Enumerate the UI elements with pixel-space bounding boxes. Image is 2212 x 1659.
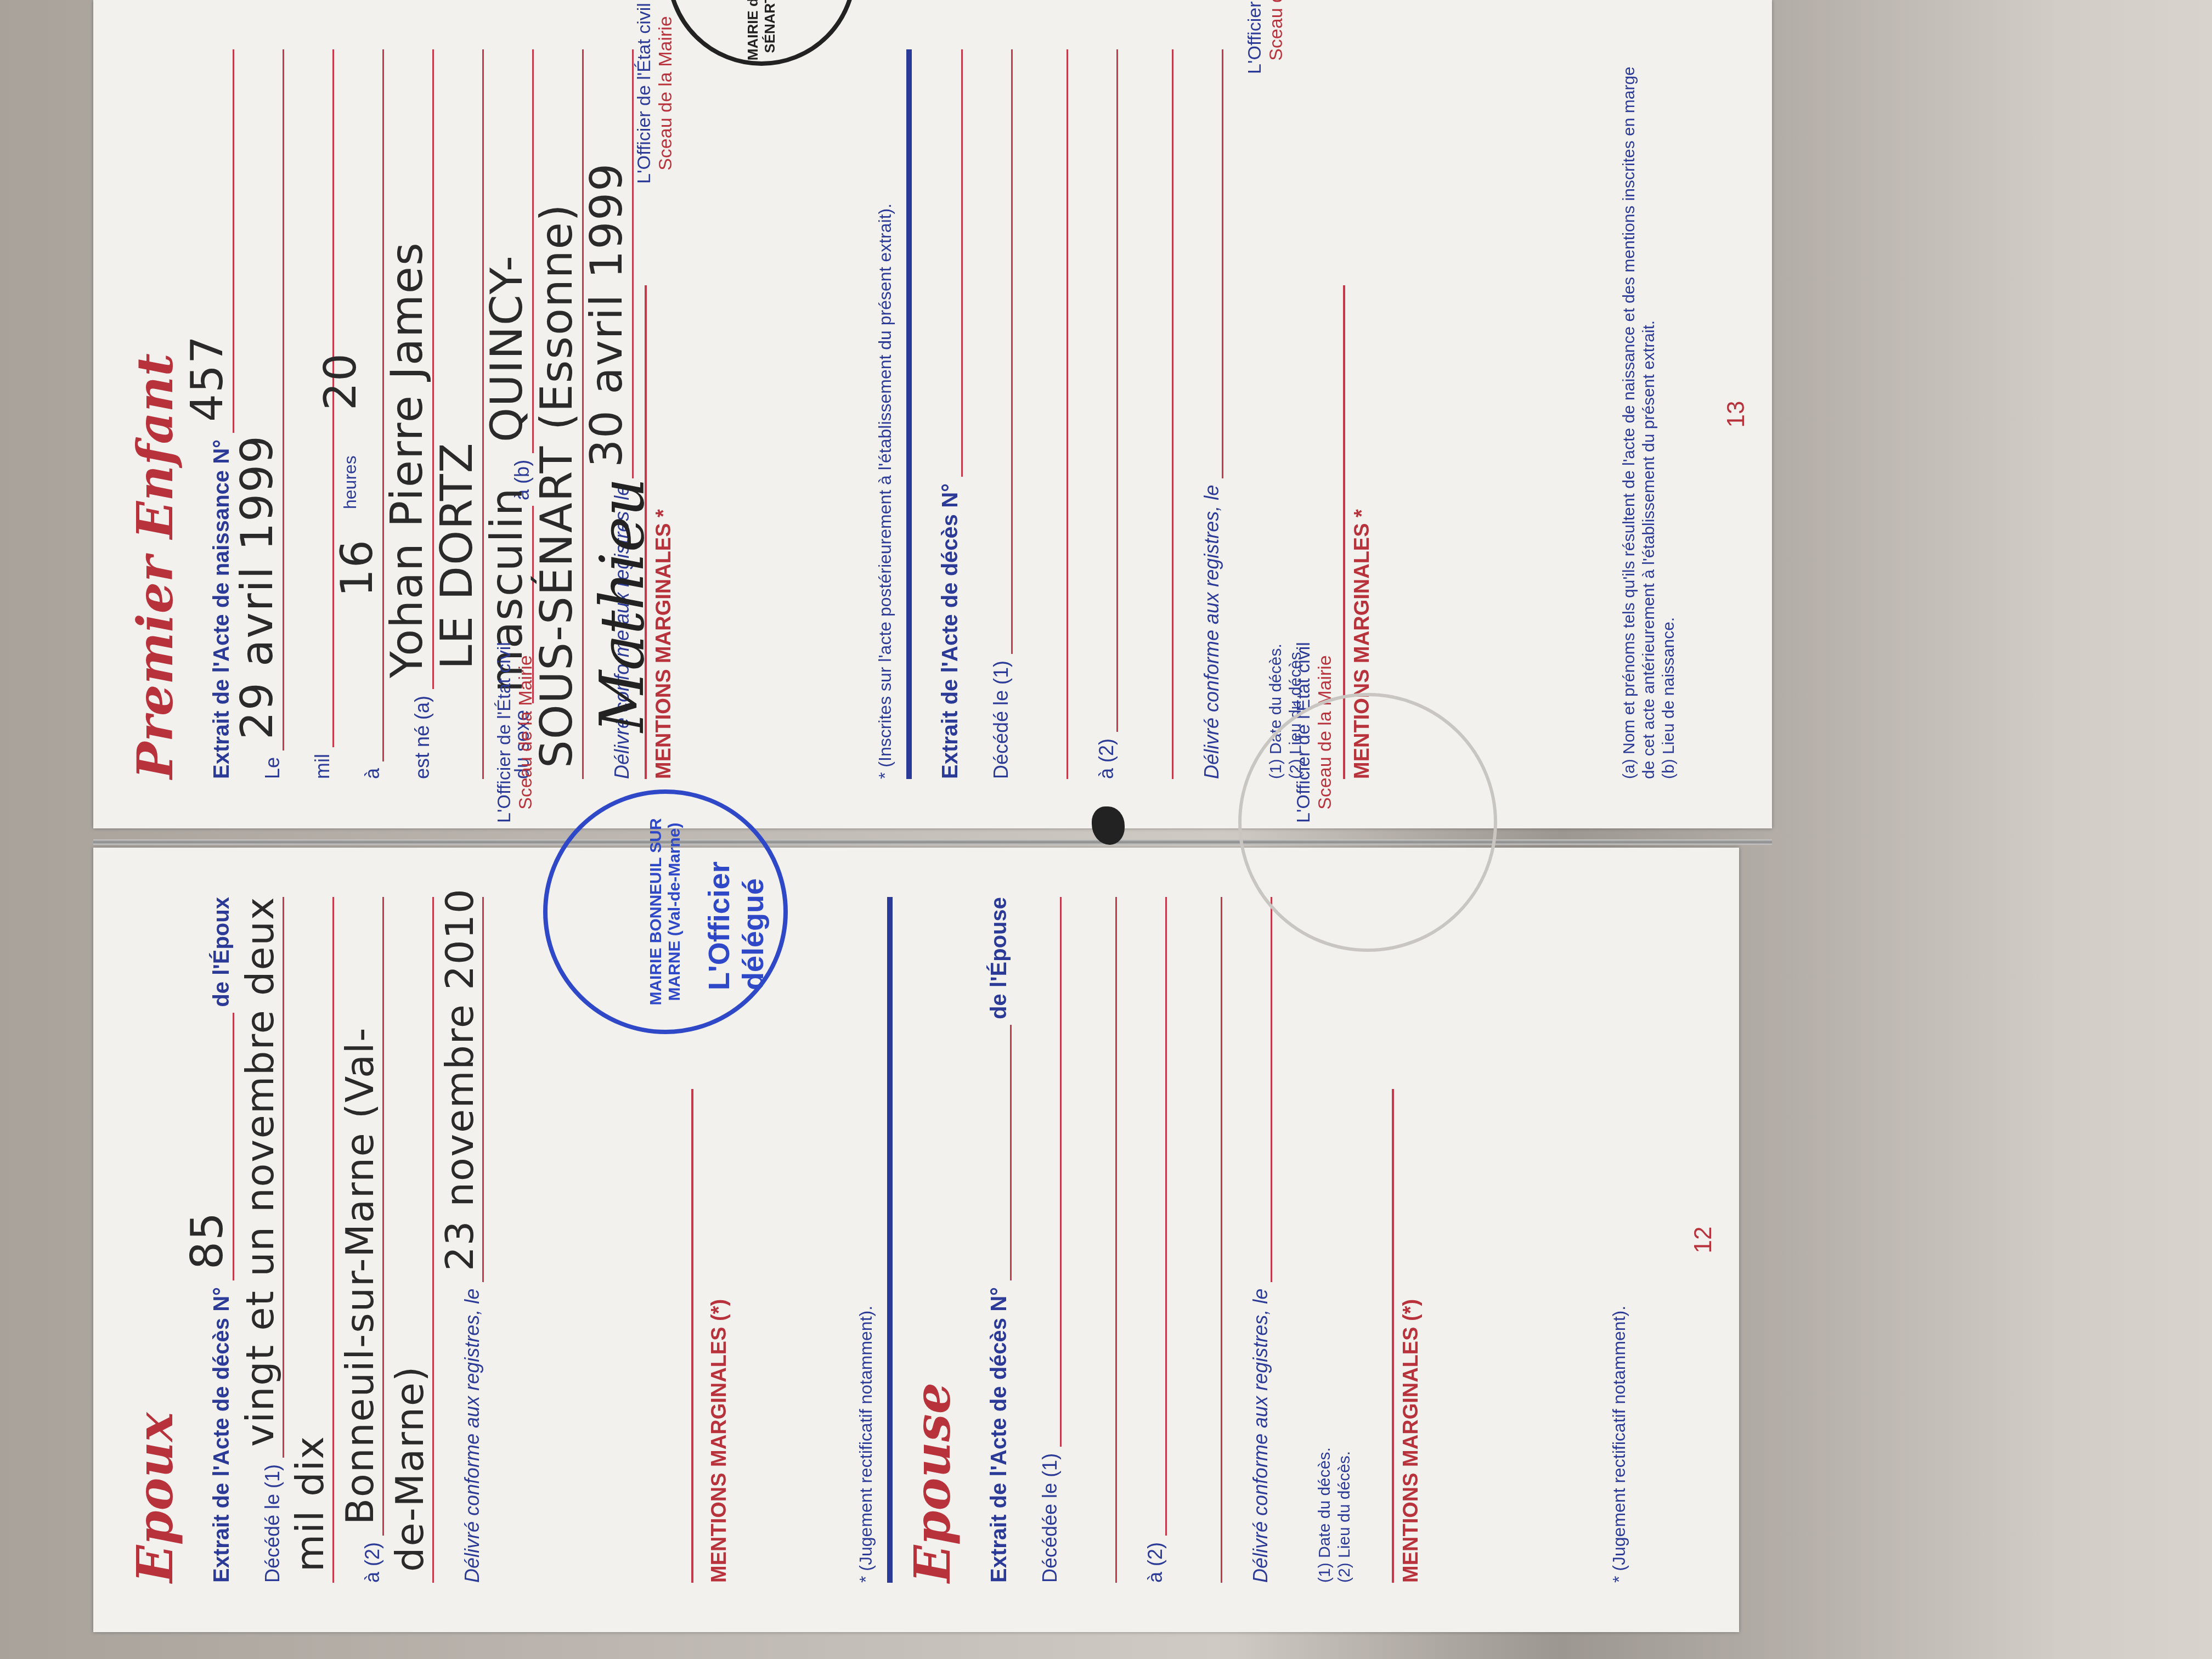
family-booklet: Premier Enfant Extrait de l'Acte de nais… xyxy=(93,0,1772,1646)
death-place-label: à (2) xyxy=(1095,738,1118,779)
birth-minutes: 20 xyxy=(315,352,366,410)
epoux-mentions-label: MENTIONS MARGINALES (*) xyxy=(708,1299,731,1583)
death-officer-label: L'Officier de l'État civil xyxy=(1244,0,1266,121)
mil-label: mil xyxy=(311,754,334,779)
page-number: 13 xyxy=(1723,0,1750,828)
delivre-date: 30 avril 1999 xyxy=(581,162,632,467)
death-extract-heading: Extrait de l'Acte de décès N° xyxy=(938,483,963,779)
epouse-heading: Extrait de l'Acte de décès N° xyxy=(987,1287,1012,1583)
officer-label: L'Officier de l'État civil xyxy=(634,0,655,230)
epouse-decede-label: Décédée le (1) xyxy=(1039,1453,1062,1583)
heures-label: heures xyxy=(340,455,360,509)
death-delivre-label: Délivré conforme aux registres, le xyxy=(1200,485,1223,779)
birth-act-number: 457 xyxy=(182,335,233,422)
asterisk-note: * (Inscrites sur l'acte postérieurement … xyxy=(875,49,895,779)
section-title-epouse: Epouse xyxy=(904,897,962,1583)
death-seal-label: Sceau de la Mairie xyxy=(1266,0,1287,121)
epoux-delivre-label: Délivré conforme aux registres, le xyxy=(461,1289,484,1583)
epoux-officer-label: L'Officier de l'État civil xyxy=(494,595,515,870)
birth-extract-heading: Extrait de l'Acte de naissance N° xyxy=(210,439,234,779)
epoux-death-place-2: de-Marne) xyxy=(387,1365,432,1572)
death-mentions-label: MENTIONS MARGINALES * xyxy=(1351,49,1374,779)
epoux-heading-suffix: de l'Époux xyxy=(210,897,234,1007)
birth-hours: 16 xyxy=(331,539,382,597)
child-surname: LE DORTZ xyxy=(431,442,482,669)
epoux-death-place-1: Bonneuil-sur-Marne (Val- xyxy=(337,1027,382,1525)
epouse-asterisk-note: * (Jugement rectificatif notamment). xyxy=(1609,1306,1629,1583)
epoux-act-number: 85 xyxy=(182,1211,233,1269)
decede-label: Décédé le (1) xyxy=(990,661,1013,779)
epoux-delivre-date: 23 novembre 2010 xyxy=(437,888,482,1271)
a-label: à xyxy=(361,768,384,779)
epouse-delivre-label: Délivré conforme aux registres, le xyxy=(1249,1289,1272,1583)
epoux-death-date-2: mil dix xyxy=(287,1435,332,1572)
birth-place-2: SOUS-SÉNART (Essonne) xyxy=(531,203,582,768)
seal-label: Sceau de la Mairie xyxy=(655,0,676,230)
quincy-town-hall-stamp: MAIRIE de QUINCY-SOUS-SÉNART ✦ ESSONNE ✦ xyxy=(667,0,856,66)
epoux-place-label: à (2) xyxy=(361,1542,384,1583)
epouse-mentions-label: MENTIONS MARGINALES (*) xyxy=(1400,897,1423,1583)
epouse-footnote-date: (1) Date du décès. xyxy=(1315,1447,1335,1583)
epoux-decede-label: Décédé le (1) xyxy=(261,1464,284,1583)
page-12: Epoux Extrait de l'Acte de décès N° 85 d… xyxy=(93,848,1739,1632)
epouse-place-label: à (2) xyxy=(1144,1542,1167,1583)
section-title-premier-enfant: Premier Enfant xyxy=(126,49,184,779)
epoux-asterisk-note: * (Jugement rectificatif notamment). xyxy=(856,897,876,1583)
booklet-fold xyxy=(93,839,1772,845)
est-ne-label: est né (a) xyxy=(411,696,434,779)
section-title-epoux: Epoux xyxy=(126,897,184,1583)
epoux-seal-label: Sceau de la Mairie xyxy=(515,595,537,870)
epouse-footnote-place: (2) Lieu du décès. xyxy=(1335,1447,1355,1583)
epoux-death-date-1: vingt et un novembre deux xyxy=(238,896,283,1447)
birth-place-1: QUINCY- xyxy=(481,255,532,442)
faded-stamp-bleed-through xyxy=(1238,693,1497,952)
delegated-officer-stamp: L'Officier délégué xyxy=(702,861,770,990)
child-first-names: Yohan Pierre James xyxy=(381,241,432,678)
epouse-heading-suffix: de l'Épouse xyxy=(987,897,1012,1019)
page-13: Premier Enfant Extrait de l'Acte de nais… xyxy=(93,0,1772,828)
footnote-b: (b) Lieu de naissance. xyxy=(1659,49,1679,779)
page-number: 12 xyxy=(1690,848,1717,1632)
le-label: Le xyxy=(261,757,284,779)
epoux-heading: Extrait de l'Acte de décès N° xyxy=(210,1287,234,1583)
footnote-a: (a) Nom et prénoms tels qu'ils résultent… xyxy=(1620,49,1659,779)
birth-date: 29 avril 1999 xyxy=(232,435,283,740)
epoux-signature: Mathieu xyxy=(587,478,657,732)
